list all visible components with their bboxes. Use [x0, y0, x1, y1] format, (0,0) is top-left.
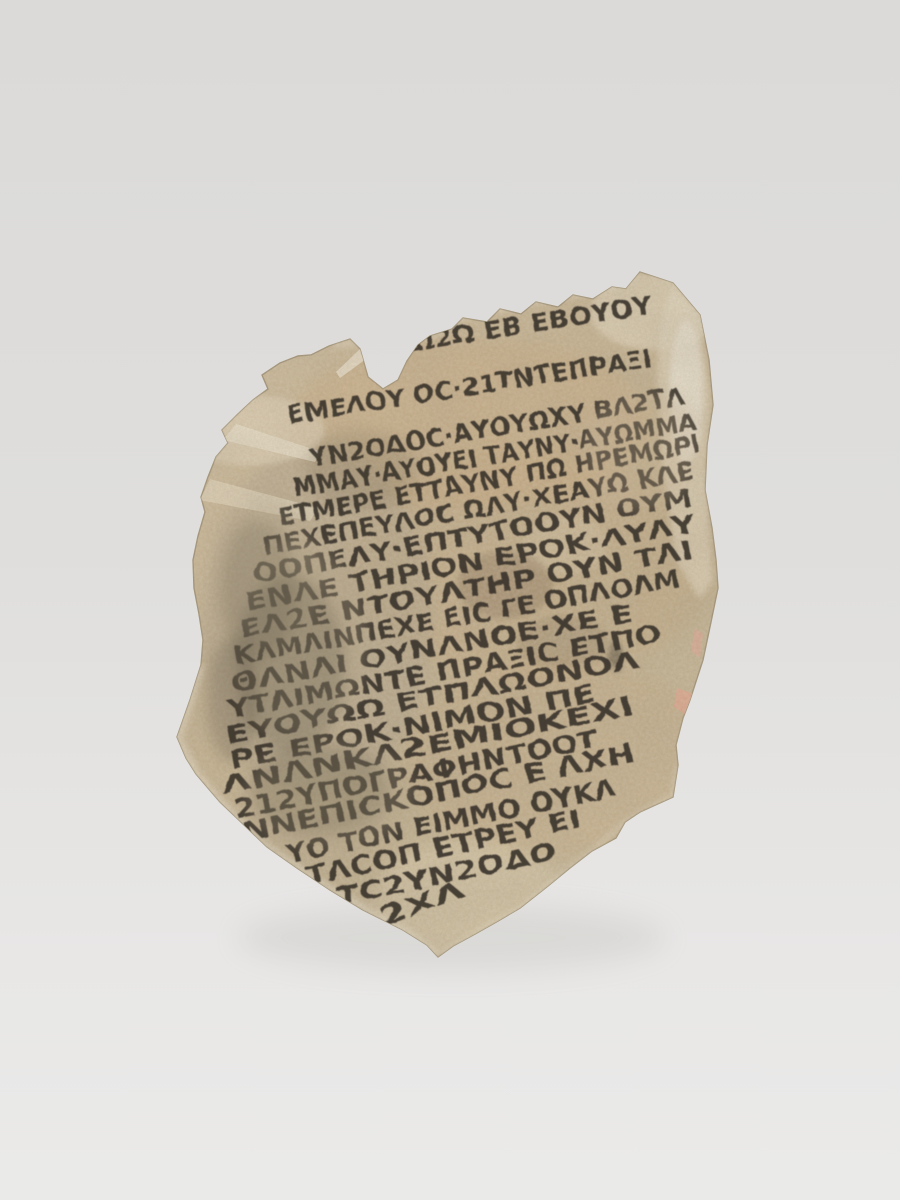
ostracon-photograph: ΥΩ2Ω ΕΒ ΕΒΟΥΟΥ ΕΜΕΛΟΥ ΟC·21ΤΝΤΕΠΡΑΞΙ ΥΝ2…	[0, 0, 900, 1200]
ink-smear	[250, 745, 390, 835]
ink-wash	[582, 388, 698, 512]
photo-canvas: ΥΩ2Ω ΕΒ ΕΒΟΥΟΥ ΕΜΕΛΟΥ ΟC·21ΤΝΤΕΠΡΑΞΙ ΥΝ2…	[0, 0, 900, 1200]
ink-smear	[305, 430, 415, 510]
ink-smear	[206, 638, 258, 762]
